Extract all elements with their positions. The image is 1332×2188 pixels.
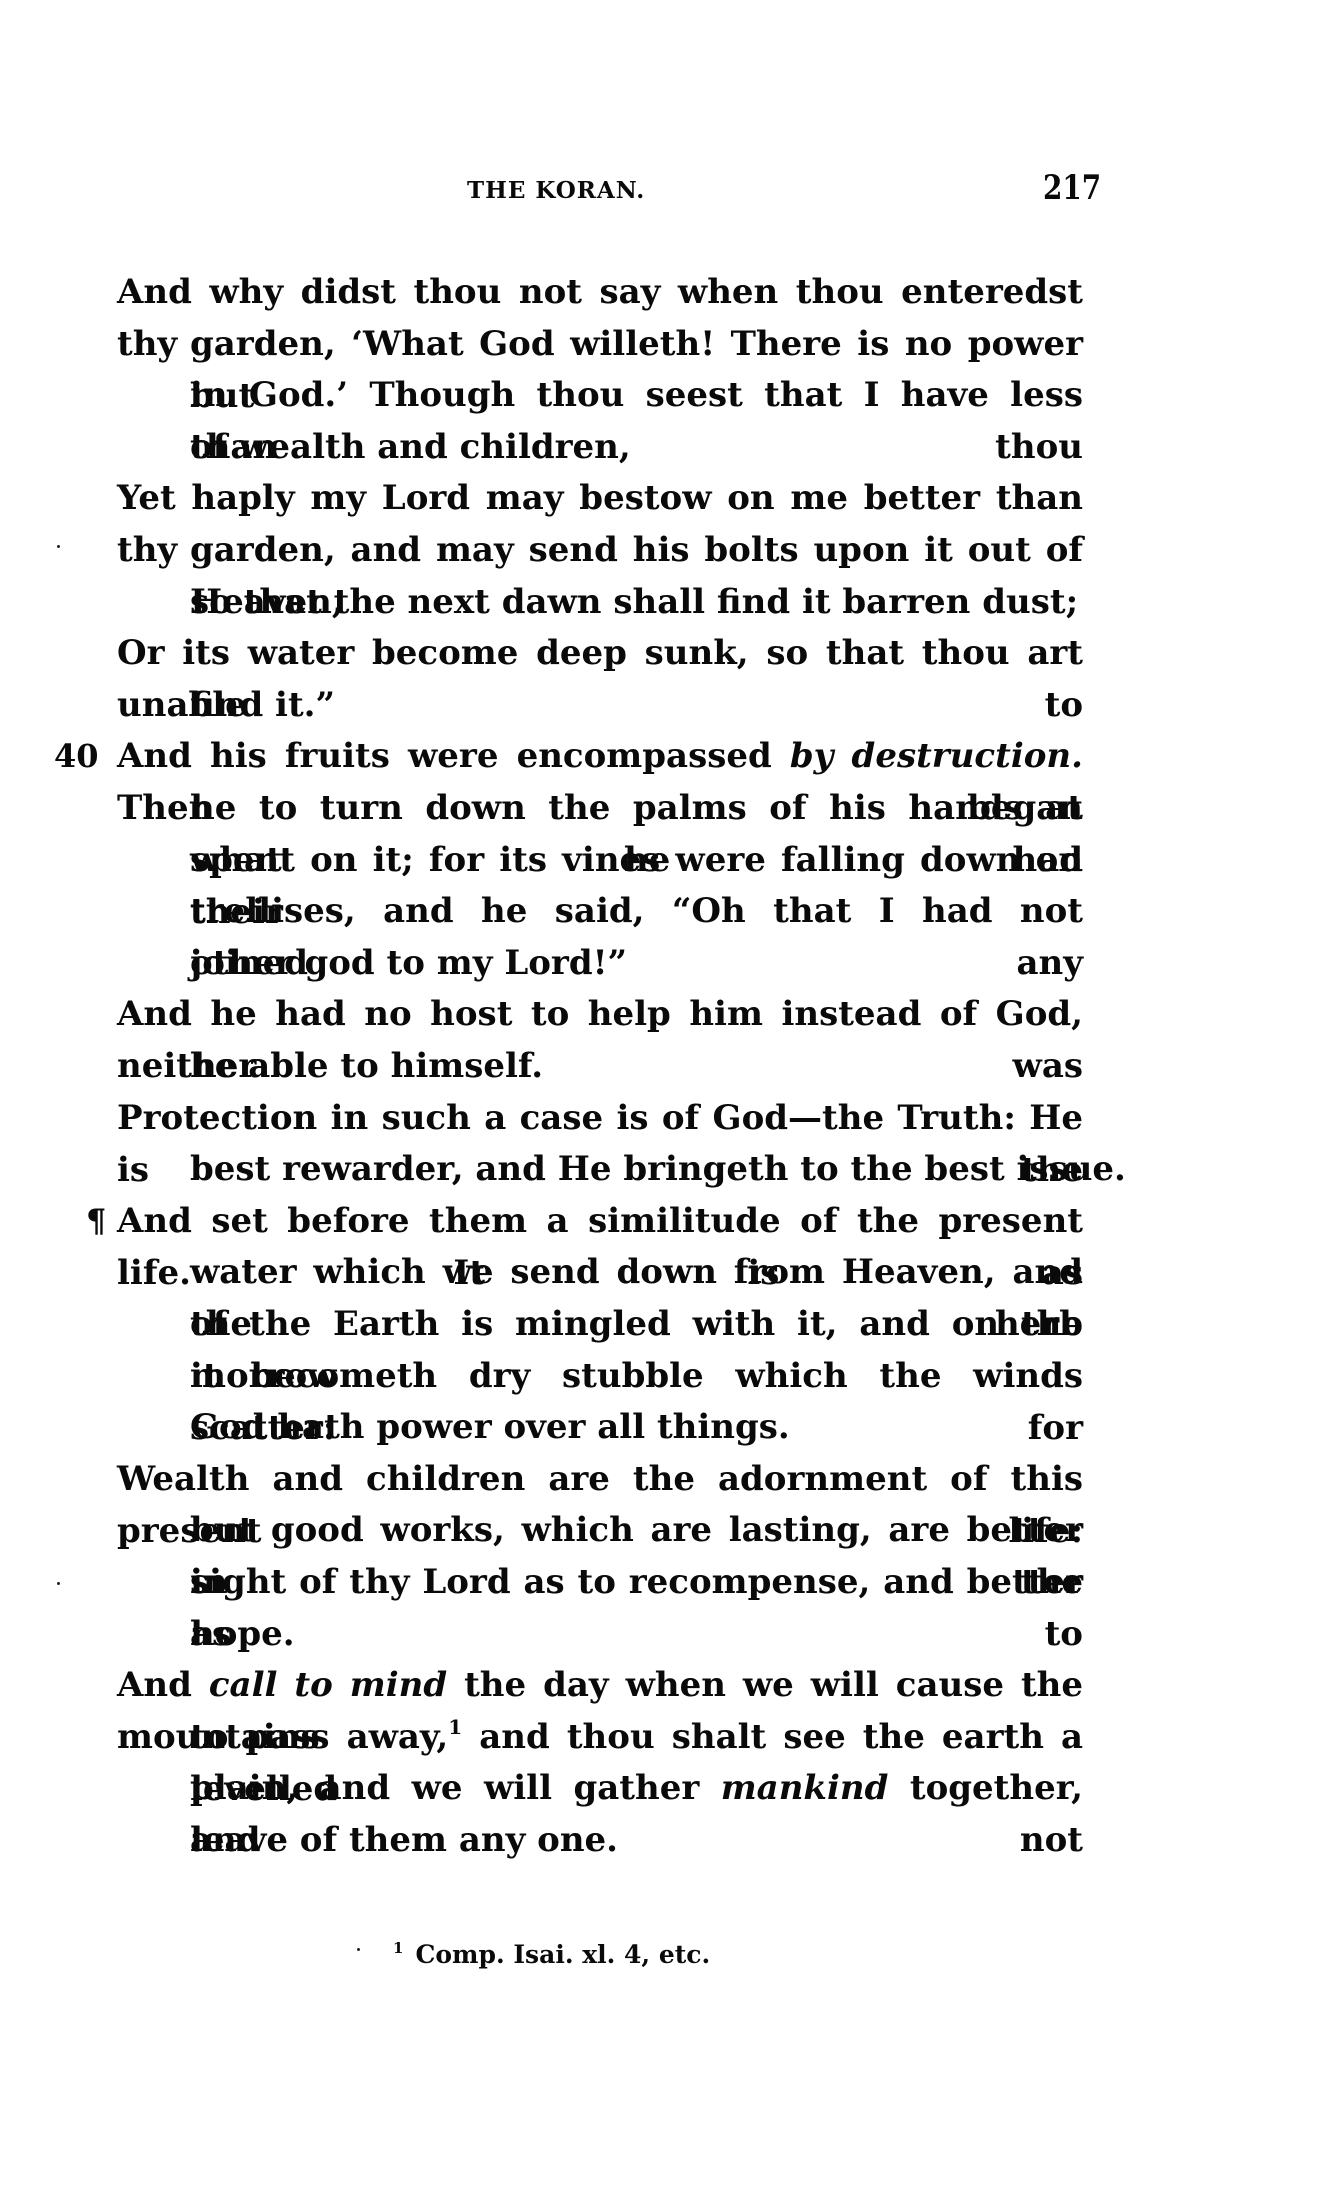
text-line: water which we send down from Heaven, an…	[190, 1246, 1083, 1298]
line-text: hope.	[190, 1614, 295, 1654]
line-text: of wealth and children,	[190, 427, 631, 467]
paragraph-mark-icon: ¶	[86, 1195, 106, 1247]
line-text: And	[117, 1665, 209, 1705]
text-line: And his fruits were encompassed by destr…	[117, 730, 1083, 782]
verse-number: 40	[54, 730, 99, 782]
text-line: Or its water become deep sunk, so that t…	[117, 627, 1083, 679]
text-line: best rewarder, and He bringeth to the be…	[190, 1143, 1083, 1195]
text-line: garden, ‘What God willeth! There is no p…	[190, 318, 1083, 370]
text-line: he to turn down the palms of his hands a…	[190, 782, 1083, 834]
page-number: 217	[1043, 170, 1084, 206]
text-line: Wealth and children are the adornment of…	[117, 1453, 1083, 1505]
line-text: find it.”	[190, 685, 335, 725]
text-line: And set before them a similitude of the …	[117, 1195, 1083, 1247]
line-text: to pass away,	[190, 1717, 448, 1757]
footnote: 1Comp. Isai. xl. 4, etc.	[393, 1928, 710, 1975]
text-line: of the Earth is mingled with it, and on …	[190, 1298, 1083, 1350]
text-line: but good works, which are lasting, are b…	[190, 1504, 1083, 1556]
book-page: THE KORAN. 217 And why didst thou not sa…	[0, 0, 1332, 2188]
line-text: he able to himself.	[190, 1046, 543, 1086]
italic-text: call to mind	[209, 1665, 447, 1705]
margin-speck	[357, 1948, 360, 1951]
italic-text: by destruction.	[790, 736, 1083, 776]
text-line: garden, and may send his bolts upon it o…	[190, 524, 1083, 576]
text-line: find it.”	[190, 679, 1083, 731]
text-line: And why didst thou not say when thou ent…	[117, 266, 1083, 318]
footnote-marker: 1	[393, 1939, 403, 1957]
text-line: so that the next dawn shall find it barr…	[190, 576, 1083, 628]
text-line: Protection in such a case is of God—the …	[117, 1092, 1083, 1144]
footnote-reference: 1	[448, 1715, 462, 1739]
text-line: in God.’ Though thou seest that I have l…	[190, 369, 1083, 421]
line-text: other god to my Lord!”	[190, 943, 627, 983]
running-title: THE KORAN.	[467, 176, 645, 206]
text-line: other god to my Lord!”	[190, 937, 1083, 989]
text-line: spent on it; for its vines were falling …	[190, 834, 1083, 886]
line-text: so that the next dawn shall find it barr…	[190, 582, 1078, 622]
line-text: God hath power over all things.	[190, 1407, 790, 1447]
text-line: to pass away,1 and thou shalt see the ea…	[190, 1711, 1083, 1763]
text-line: sight of thy Lord as to recompense, and …	[190, 1556, 1083, 1608]
text-line: he able to himself.	[190, 1040, 1083, 1092]
text-line: And he had no host to help him instead o…	[117, 988, 1083, 1040]
margin-speck	[57, 1582, 60, 1585]
text-line: of wealth and children,	[190, 421, 1083, 473]
line-text: And his fruits were encompassed	[117, 736, 790, 776]
text-line: leave of them any one.	[190, 1814, 1083, 1866]
text-line: God hath power over all things.	[190, 1401, 1083, 1453]
text-line: Yet haply my Lord may bestow on me bette…	[117, 472, 1083, 524]
margin-speck	[57, 545, 60, 548]
text-line: trellises, and he said, “Oh that I had n…	[190, 885, 1083, 937]
line-text: plain, and we will gather	[190, 1768, 721, 1808]
text-line: And call to mind the day when we will ca…	[117, 1659, 1083, 1711]
footnote-text: Comp. Isai. xl. 4, etc.	[415, 1940, 710, 1969]
text-line: plain, and we will gather mankind togeth…	[190, 1762, 1083, 1814]
line-text: leave of them any one.	[190, 1820, 618, 1860]
line-text: best rewarder, and He bringeth to the be…	[190, 1149, 1126, 1189]
text-line: hope.	[190, 1608, 1083, 1660]
italic-text: mankind	[721, 1768, 889, 1808]
text-line: it becometh dry stubble which the winds …	[190, 1350, 1083, 1402]
